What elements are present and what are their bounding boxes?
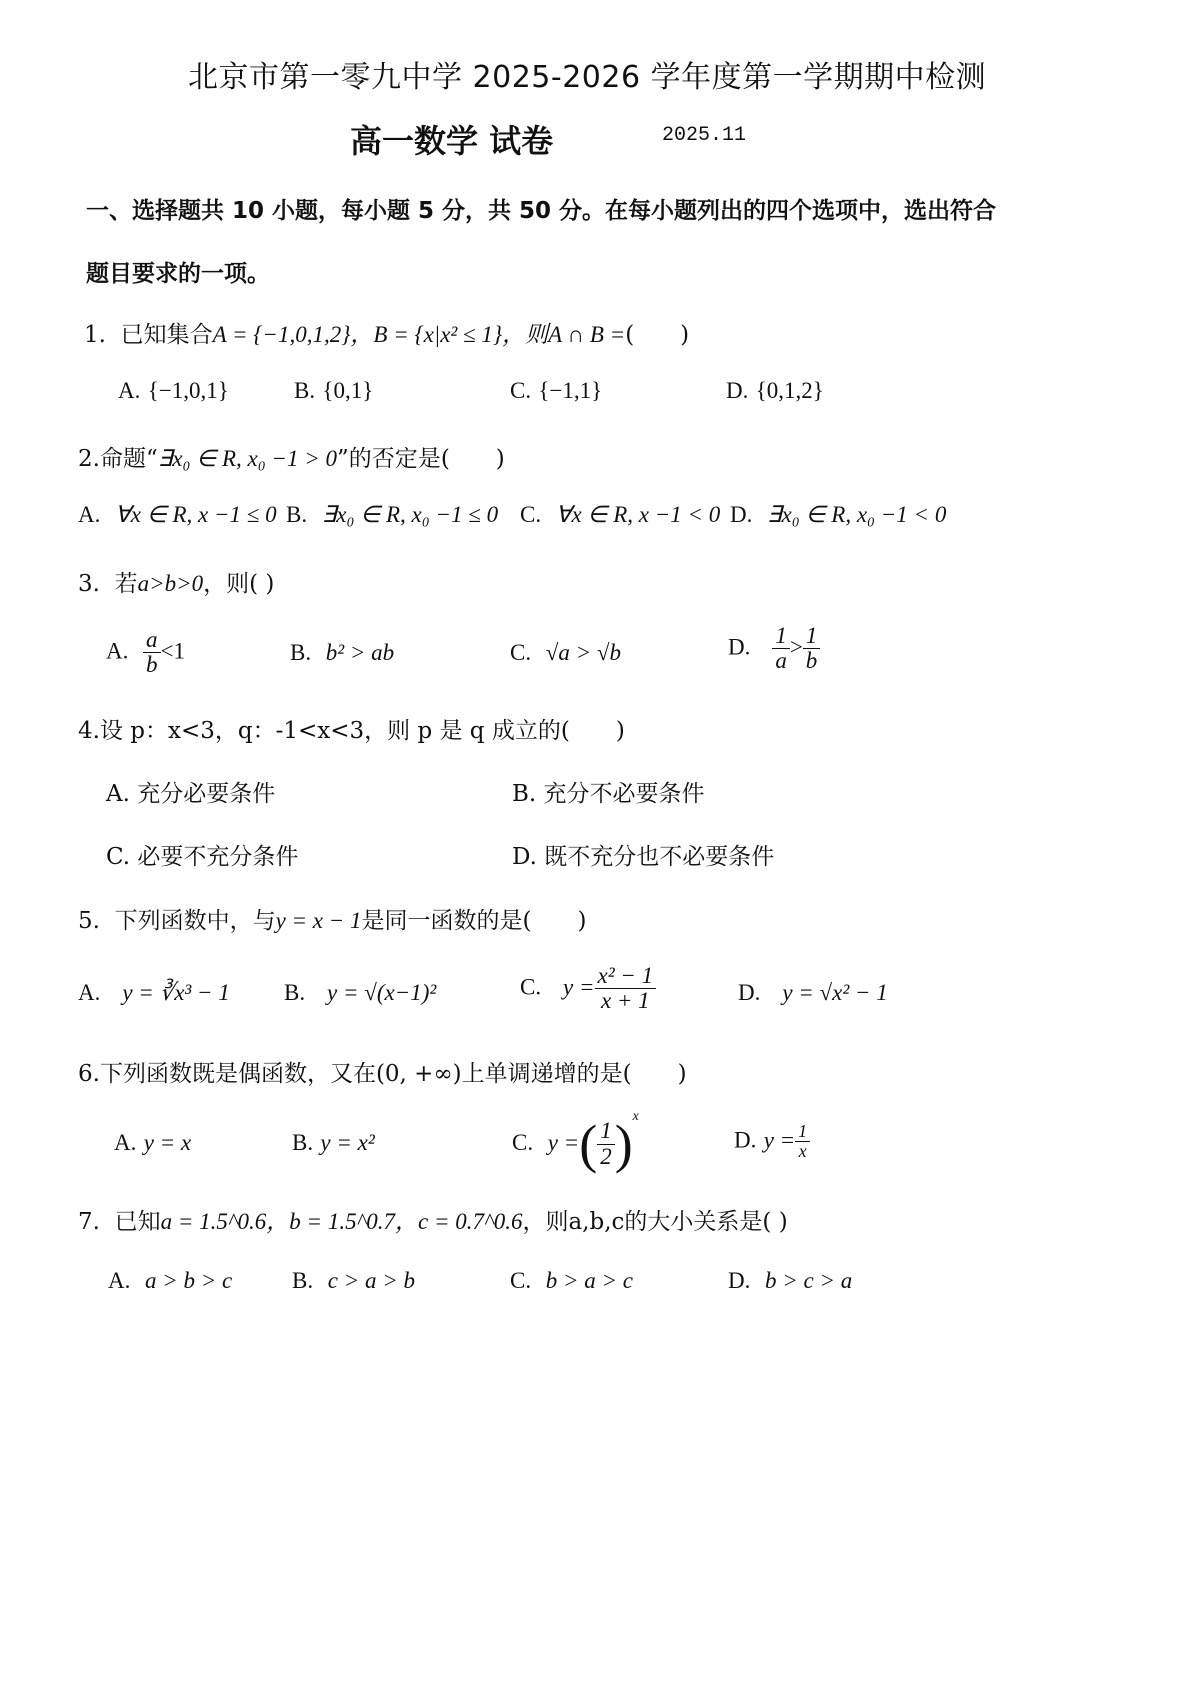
question-2-option-d[interactable]: D. ∃x₀ ∈ R, x₀ −1 < 0 (730, 502, 946, 528)
fraction: 1a (772, 624, 790, 673)
question-3-option-b[interactable]: B. b² > ab (290, 640, 394, 666)
fraction: x² − 1x + 1 (595, 964, 657, 1013)
question-4-option-a[interactable]: A. 充分必要条件 (106, 775, 275, 808)
question-5-option-a[interactable]: A. y = ∛x³ − 1 (78, 980, 230, 1006)
question-7-option-a[interactable]: A. a > b > c (108, 1268, 232, 1294)
question-4-stem: 4.设 p：x<3，q：-1<x<3，则 p 是 q 成立的( ) (78, 712, 625, 745)
question-number: 1. (84, 322, 106, 348)
question-2-option-c[interactable]: C. ∀x ∈ R, x −1 < 0 (520, 502, 720, 528)
answer-blank: ( ) (623, 1061, 687, 1087)
question-4-option-c[interactable]: C. 必要不充分条件 (106, 838, 298, 871)
section-heading-line1: 一、选择题共 10 小题，每小题 5 分，共 50 分。在每小题列出的四个选项中… (86, 192, 996, 225)
fraction: 12 (597, 1119, 615, 1168)
question-3-option-a[interactable]: A. ab<1 (106, 628, 185, 677)
question-2-stem: 2.命题“∃x₀ ∈ R, x₀ −1 > 0”的否定是( ) (78, 440, 505, 473)
question-2-option-a[interactable]: A. ∀x ∈ R, x −1 ≤ 0 (78, 502, 277, 528)
question-math: A = {−1,0,1,2}，B = {x|x² ≤ 1}，则A ∩ B = (213, 322, 626, 347)
question-7-stem: 7. 已知a = 1.5^0.6，b = 1.5^0.7，c = 0.7^0.6… (78, 1203, 788, 1236)
question-5-stem: 5. 下列函数中，与y = x − 1是同一函数的是( ) (78, 902, 587, 935)
exam-title: 北京市第一零九中学 2025-2026 学年度第一学期期中检测 (188, 52, 986, 96)
question-6-option-b[interactable]: B. y = x² (292, 1130, 375, 1156)
question-5-option-d[interactable]: D. y = √x² − 1 (738, 980, 888, 1006)
section-heading-line2: 题目要求的一项。 (86, 255, 270, 288)
question-6-stem: 6.下列函数既是偶函数，又在(0, +∞)上单调递增的是( ) (78, 1055, 687, 1088)
question-1-option-a[interactable]: A. {−1,0,1} (118, 378, 229, 404)
question-7-option-d[interactable]: D. b > c > a (728, 1268, 852, 1294)
answer-blank: ( ) (441, 446, 505, 472)
question-1-option-b[interactable]: B. {0,1} (294, 378, 373, 404)
exam-subtitle: 高一数学 试卷 (350, 116, 553, 162)
question-3-option-d[interactable]: D. 1a>1b (728, 624, 820, 673)
question-1-stem: 1. 已知集合A = {−1,0,1,2}，B = {x|x² ≤ 1}，则A … (84, 316, 689, 349)
question-3-option-c[interactable]: C. √a > √b (510, 640, 621, 666)
question-3-stem: 3. 若a>b>0，则( ) (78, 565, 274, 598)
question-6-option-c[interactable]: C. y =(12)x (512, 1108, 639, 1171)
question-4-option-d[interactable]: D. 既不充分也不必要条件 (512, 838, 774, 871)
question-6-option-a[interactable]: A. y = x (114, 1130, 191, 1156)
fraction: 1b (803, 624, 821, 673)
question-4-option-b[interactable]: B. 充分不必要条件 (512, 775, 705, 808)
question-5-option-b[interactable]: B. y = √(x−1)² (284, 980, 436, 1006)
question-1-option-d[interactable]: D. {0,1,2} (726, 378, 824, 404)
question-5-option-c[interactable]: C. y =x² − 1x + 1 (520, 964, 656, 1013)
question-7-option-c[interactable]: C. b > a > c (510, 1268, 633, 1294)
question-1-option-c[interactable]: C. {−1,1} (510, 378, 602, 404)
answer-blank: ( ) (249, 571, 274, 597)
question-2-option-b[interactable]: B. ∃x₀ ∈ R, x₀ −1 ≤ 0 (286, 502, 498, 528)
answer-blank: ( ) (561, 718, 625, 744)
answer-blank: ( ) (625, 322, 689, 348)
fraction: ab (143, 628, 161, 677)
answer-blank: ( ) (523, 908, 587, 934)
exam-date: 2025.11 (662, 124, 746, 147)
question-6-option-d[interactable]: D. y =1x (734, 1122, 810, 1161)
answer-blank: ( ) (762, 1209, 787, 1235)
fraction: 1x (795, 1122, 810, 1161)
question-7-option-b[interactable]: B. c > a > b (292, 1268, 415, 1294)
